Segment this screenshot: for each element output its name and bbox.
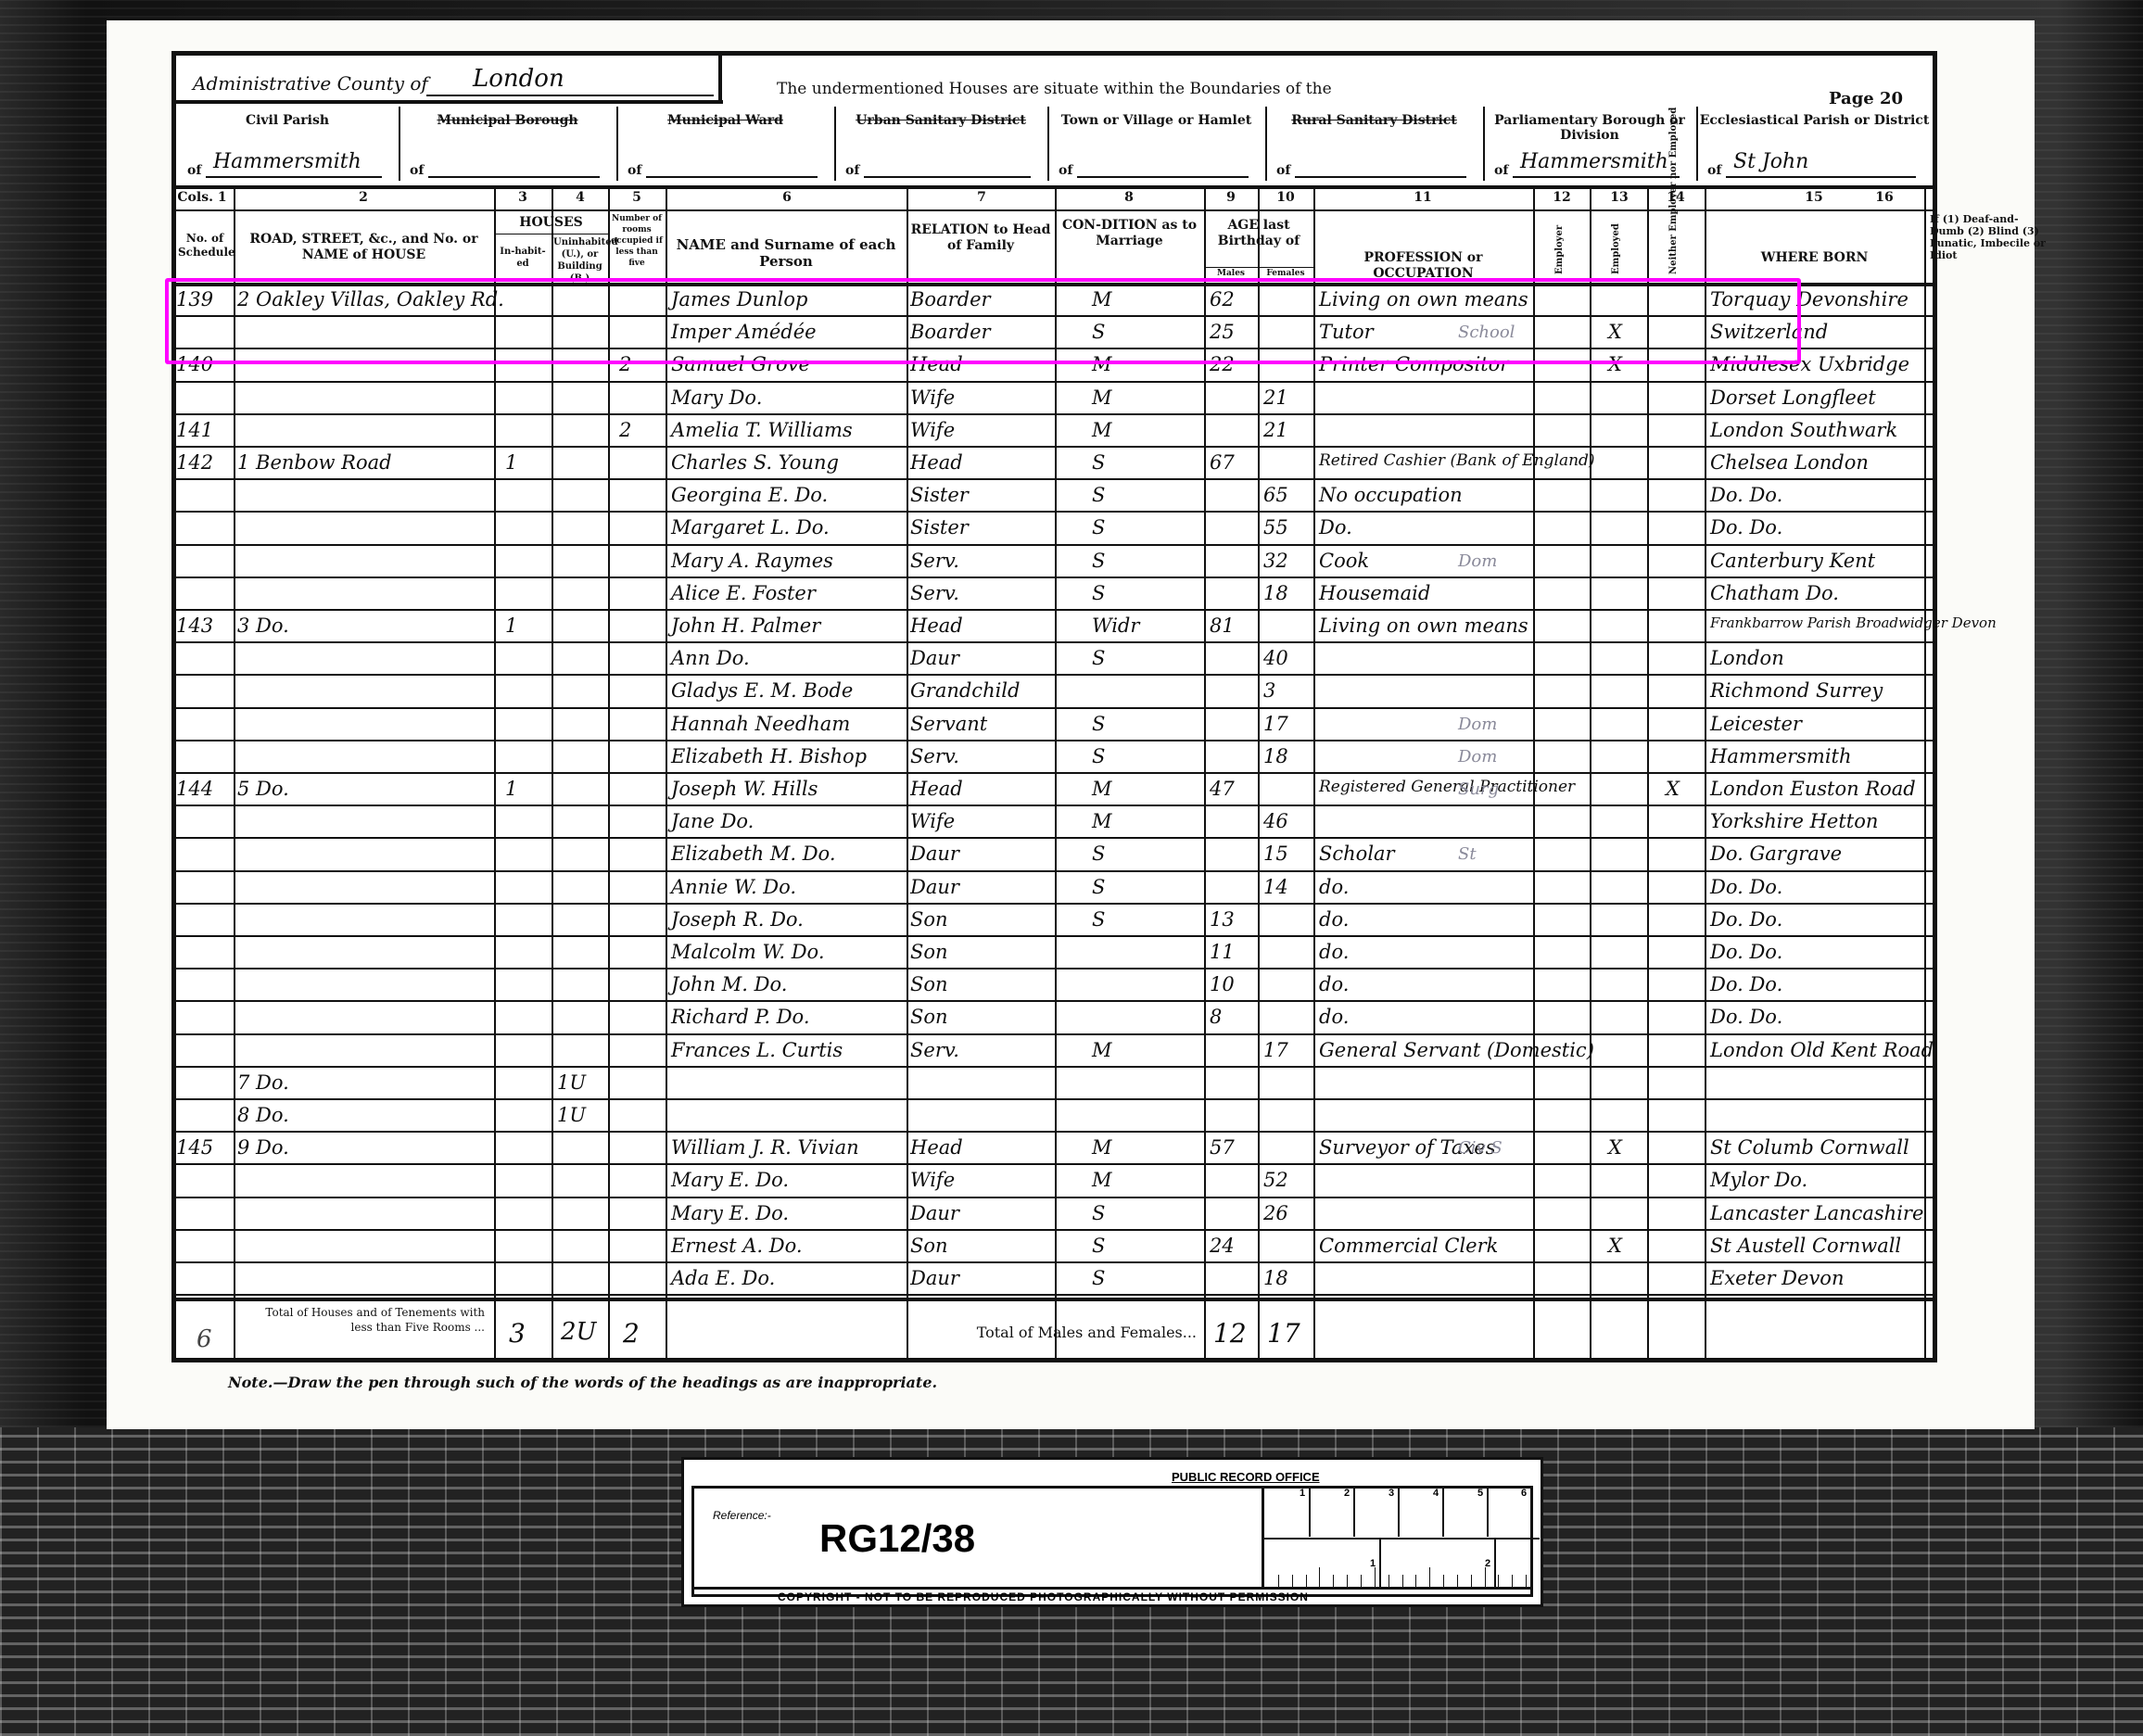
person-name: Richard P. Do. bbox=[671, 1006, 810, 1028]
scale-minor-tick bbox=[1278, 1575, 1279, 1588]
condition: S bbox=[1092, 876, 1105, 898]
condition: S bbox=[1092, 1267, 1105, 1289]
row-divider bbox=[176, 577, 1933, 578]
row-divider bbox=[176, 1066, 1933, 1068]
person-name: Elizabeth H. Bishop bbox=[671, 745, 867, 767]
row-divider bbox=[176, 1261, 1933, 1263]
scale-minor-tick bbox=[1333, 1575, 1334, 1588]
scale-minor-tick bbox=[1443, 1575, 1444, 1588]
column-header: Employed bbox=[1611, 209, 1621, 274]
relation: Serv. bbox=[910, 550, 959, 572]
occupation: Do. bbox=[1319, 516, 1352, 539]
relation: Servant bbox=[910, 713, 987, 735]
copyright-notice: COPYRIGHT - NOT TO BE REPRODUCED PHOTOGR… bbox=[778, 1590, 1309, 1603]
female-age: 15 bbox=[1263, 843, 1288, 865]
male-age: 24 bbox=[1210, 1235, 1235, 1257]
divider bbox=[694, 1587, 1530, 1590]
row-divider bbox=[176, 903, 1933, 905]
relation: Daur bbox=[910, 1202, 959, 1224]
person-name: Malcolm W. Do. bbox=[671, 941, 825, 963]
person-name: Elizabeth M. Do. bbox=[671, 843, 836, 865]
column-header: PROFESSION or OCCUPATION bbox=[1315, 250, 1531, 282]
scale-tick bbox=[1494, 1540, 1496, 1588]
of-label: of bbox=[628, 163, 641, 178]
occupation: Retired Cashier (Bank of England) bbox=[1319, 451, 1595, 470]
occupation-note: Civ S bbox=[1458, 1138, 1503, 1158]
relation: Son bbox=[910, 908, 948, 931]
reference-number: RG12/38 bbox=[819, 1516, 975, 1561]
employed-mark: X bbox=[1608, 1136, 1622, 1159]
person-name: Joseph W. Hills bbox=[671, 778, 818, 800]
relation: Daur bbox=[910, 843, 959, 865]
occupation: do. bbox=[1319, 941, 1349, 963]
houses-header: HOUSES bbox=[494, 215, 608, 230]
female-age: 17 bbox=[1263, 713, 1288, 735]
birthplace: Do. Do. bbox=[1710, 941, 1782, 963]
scale-minor-tick bbox=[1292, 1575, 1293, 1588]
scale-minor-tick bbox=[1402, 1575, 1403, 1588]
scale-minor-tick bbox=[1375, 1567, 1376, 1588]
address: 8 Do. bbox=[237, 1104, 289, 1126]
relation: Daur bbox=[910, 876, 959, 898]
column-header: NAME and Surname of each Person bbox=[667, 236, 905, 270]
condition: M bbox=[1092, 288, 1112, 310]
scale-tick bbox=[1442, 1486, 1444, 1537]
condition: S bbox=[1092, 745, 1105, 767]
occupation: Commercial Clerk bbox=[1319, 1235, 1498, 1257]
of-label: of bbox=[187, 163, 201, 178]
divider bbox=[494, 234, 608, 234]
row-divider bbox=[176, 870, 1933, 872]
condition: M bbox=[1092, 353, 1112, 375]
row-divider bbox=[176, 413, 1933, 415]
employed-mark: X bbox=[1608, 353, 1622, 375]
female-age: 26 bbox=[1263, 1202, 1288, 1224]
birthplace: Frankbarrow Parish Broadwidger Devon bbox=[1710, 615, 1997, 631]
female-age: 21 bbox=[1263, 419, 1288, 441]
area-underline bbox=[864, 176, 1031, 178]
relation: Son bbox=[910, 973, 948, 995]
reference-label: Reference:- bbox=[713, 1509, 771, 1522]
scale-label: 2 bbox=[1344, 1488, 1350, 1499]
relation: Daur bbox=[910, 1267, 959, 1289]
address: 3 Do. bbox=[237, 615, 289, 637]
relation: Wife bbox=[910, 810, 955, 832]
row-divider bbox=[176, 935, 1933, 937]
person-name: Georgina E. Do. bbox=[671, 484, 828, 506]
scale-label: 6 bbox=[1521, 1488, 1527, 1499]
scale-minor-tick bbox=[1512, 1575, 1513, 1588]
birthplace: Do. Do. bbox=[1710, 484, 1782, 506]
male-age: 22 bbox=[1210, 353, 1235, 375]
birthplace: Yorkshire Hetton bbox=[1710, 810, 1878, 832]
note-text: Draw the pen through such of the words o… bbox=[287, 1374, 937, 1391]
address: 9 Do. bbox=[237, 1136, 289, 1159]
person-name: William J. R. Vivian bbox=[671, 1136, 859, 1159]
scale-minor-tick bbox=[1361, 1575, 1362, 1588]
person-name: Jane Do. bbox=[671, 810, 754, 832]
condition: S bbox=[1092, 321, 1105, 343]
birthplace: London Old Kent Road bbox=[1710, 1039, 1934, 1061]
schedule-number: 142 bbox=[176, 451, 213, 474]
birthplace: Exeter Devon bbox=[1710, 1267, 1844, 1289]
person-name: Ada E. Do. bbox=[671, 1267, 775, 1289]
neither-mark: X bbox=[1666, 778, 1680, 800]
column-number: 15 bbox=[1777, 190, 1851, 205]
relation: Sister bbox=[910, 516, 969, 539]
birthplace: Canterbury Kent bbox=[1710, 550, 1875, 572]
inhabited: 1 bbox=[505, 615, 517, 637]
occupation: do. bbox=[1319, 1006, 1349, 1028]
schedule-number: 143 bbox=[176, 615, 213, 637]
male-age: 81 bbox=[1210, 615, 1235, 637]
relation: Son bbox=[910, 941, 948, 963]
condition: S bbox=[1092, 582, 1105, 604]
scale-minor-tick bbox=[1319, 1567, 1320, 1588]
condition: S bbox=[1092, 908, 1105, 931]
employed-mark: X bbox=[1608, 321, 1622, 343]
person-name: John M. Do. bbox=[671, 973, 787, 995]
row-divider bbox=[176, 805, 1933, 806]
scale-label: 3 bbox=[1389, 1488, 1394, 1499]
record-office-label: PUBLIC RECORD OFFICE bbox=[1172, 1470, 1320, 1484]
row-divider bbox=[176, 1294, 1933, 1296]
column-number: 6 bbox=[750, 190, 824, 205]
condition: S bbox=[1092, 484, 1105, 506]
scale-tick bbox=[1487, 1486, 1489, 1537]
birthplace: Hammersmith bbox=[1710, 745, 1852, 767]
occupation: Tutor bbox=[1319, 321, 1374, 343]
condition: S bbox=[1092, 451, 1105, 474]
condition: M bbox=[1092, 778, 1112, 800]
person-name: Mary E. Do. bbox=[671, 1202, 789, 1224]
row-divider bbox=[176, 1131, 1933, 1133]
scale-minor-tick bbox=[1457, 1575, 1458, 1588]
area-underline bbox=[428, 176, 600, 178]
person-name: Annie W. Do. bbox=[671, 876, 796, 898]
male-age: 47 bbox=[1210, 778, 1235, 800]
relation: Son bbox=[910, 1006, 948, 1028]
row-divider bbox=[176, 740, 1933, 741]
condition: M bbox=[1092, 1136, 1112, 1159]
occupation-note: School bbox=[1458, 323, 1515, 342]
column-header: Neither Employer nor Employed bbox=[1668, 209, 1679, 274]
person-name: Mary E. Do. bbox=[671, 1169, 789, 1191]
occupation: do. bbox=[1319, 973, 1349, 995]
area-value: St John bbox=[1733, 150, 1808, 173]
row-divider bbox=[176, 1163, 1933, 1165]
totals-persons-label: Total of Males and Females... bbox=[666, 1324, 1197, 1341]
inhabited: 1 bbox=[505, 778, 517, 800]
area-label: Town or Village or Hamlet bbox=[1047, 113, 1265, 128]
area-underline bbox=[1077, 176, 1249, 178]
employed-mark: X bbox=[1608, 1235, 1622, 1257]
relation: Daur bbox=[910, 647, 959, 669]
birthplace: Mylor Do. bbox=[1710, 1169, 1807, 1191]
area-underline bbox=[206, 176, 382, 178]
of-label: of bbox=[1276, 163, 1290, 178]
person-name: Margaret L. Do. bbox=[671, 516, 830, 539]
male-age: 67 bbox=[1210, 451, 1235, 474]
area-label: Urban Sanitary District bbox=[834, 113, 1047, 128]
birthplace: London Euston Road bbox=[1710, 778, 1916, 800]
person-name: John H. Palmer bbox=[671, 615, 820, 637]
scale-minor-tick bbox=[1471, 1575, 1472, 1588]
row-divider bbox=[176, 315, 1933, 317]
male-age: 11 bbox=[1210, 941, 1235, 963]
relation: Head bbox=[910, 615, 963, 637]
reference-card: PUBLIC RECORD OFFICE Reference:- RG12/38… bbox=[681, 1457, 1543, 1607]
person-name: Mary A. Raymes bbox=[671, 550, 833, 572]
schedule-number: 145 bbox=[176, 1136, 213, 1159]
relation: Serv. bbox=[910, 1039, 959, 1061]
boundaries-text: The undermentioned Houses are situate wi… bbox=[777, 80, 1332, 98]
column-header: RELATION to Head of Family bbox=[908, 222, 1053, 254]
row-divider bbox=[176, 381, 1933, 383]
divider bbox=[176, 1298, 1933, 1301]
divider bbox=[1264, 1538, 1540, 1540]
address: 5 Do. bbox=[237, 778, 289, 800]
female-age: 3 bbox=[1263, 679, 1275, 702]
column-header: ROAD, STREET, &c., and No. or NAME of HO… bbox=[235, 232, 492, 263]
relation: Boarder bbox=[910, 321, 991, 343]
person-name: Charles S. Young bbox=[671, 451, 839, 474]
scale-minor-tick bbox=[1306, 1575, 1307, 1588]
male-age: 25 bbox=[1210, 321, 1235, 343]
person-name: Frances L. Curtis bbox=[671, 1039, 843, 1061]
relation: Head bbox=[910, 451, 963, 474]
column-header: No. of Schedule bbox=[178, 232, 232, 260]
scale-label: 4 bbox=[1433, 1488, 1439, 1499]
uninhabited: 1U bbox=[557, 1071, 586, 1094]
relation: Boarder bbox=[910, 288, 991, 310]
total-inhabited: 3 bbox=[509, 1318, 526, 1349]
occupation-note: Surg bbox=[1458, 779, 1499, 799]
condition: S bbox=[1092, 713, 1105, 735]
birthplace: Do. Do. bbox=[1710, 973, 1782, 995]
column-number: 7 bbox=[945, 190, 1019, 205]
condition: S bbox=[1092, 843, 1105, 865]
condition: S bbox=[1092, 647, 1105, 669]
admin-county-label: Administrative County of bbox=[193, 72, 428, 95]
area-label: Civil Parish bbox=[176, 113, 399, 128]
birthplace: Dorset Longfleet bbox=[1710, 386, 1876, 409]
female-age: 14 bbox=[1263, 876, 1288, 898]
person-name: Gladys E. M. Bode bbox=[671, 679, 853, 702]
relation: Head bbox=[910, 1136, 963, 1159]
row-divider bbox=[176, 1098, 1933, 1100]
row-divider bbox=[176, 348, 1933, 349]
column-number: 10 bbox=[1249, 190, 1323, 205]
of-label: of bbox=[410, 163, 424, 178]
row-divider bbox=[176, 1197, 1933, 1198]
person-name: Mary Do. bbox=[671, 386, 762, 409]
scale-tick bbox=[1398, 1486, 1400, 1537]
occupation-note: Dom bbox=[1458, 715, 1497, 734]
scale-label: 5 bbox=[1477, 1488, 1483, 1499]
relation: Serv. bbox=[910, 745, 959, 767]
birthplace: Middlesex Uxbridge bbox=[1710, 353, 1909, 375]
row-divider bbox=[176, 478, 1933, 480]
occupation: do. bbox=[1319, 908, 1349, 931]
area-underline bbox=[1295, 176, 1466, 178]
female-age: 21 bbox=[1263, 386, 1288, 409]
condition: Widr bbox=[1092, 615, 1139, 637]
column-header: Uninhabited (U.), or Building (B.) bbox=[553, 236, 606, 285]
area-label: Rural Sanitary District bbox=[1265, 113, 1483, 128]
birthplace: London bbox=[1710, 647, 1784, 669]
relation: Wife bbox=[910, 1169, 955, 1191]
condition: S bbox=[1092, 516, 1105, 539]
row-divider bbox=[176, 641, 1933, 643]
male-age: 10 bbox=[1210, 973, 1235, 995]
occupation: Housemaid bbox=[1319, 582, 1430, 604]
column-number: Cols. 1 bbox=[165, 190, 239, 205]
area-label: Municipal Ward bbox=[616, 113, 834, 128]
area-underline bbox=[646, 176, 818, 178]
area-label: Ecclesiastical Parish or District bbox=[1696, 113, 1933, 128]
column-header: Employer bbox=[1554, 209, 1565, 274]
scale-minor-tick bbox=[1429, 1567, 1430, 1588]
scale-tick bbox=[1353, 1486, 1355, 1537]
scale-tick bbox=[1379, 1540, 1381, 1588]
divider bbox=[176, 100, 723, 104]
uninhabited: 1U bbox=[557, 1104, 586, 1126]
column-number: 11 bbox=[1386, 190, 1460, 205]
column-number: 8 bbox=[1092, 190, 1166, 205]
condition: M bbox=[1092, 419, 1112, 441]
inhabited: 1 bbox=[505, 451, 517, 474]
admin-county-value: London bbox=[473, 65, 564, 93]
scale-minor-tick bbox=[1485, 1567, 1486, 1588]
admin-county-underline bbox=[426, 95, 714, 96]
note-prefix: Note.— bbox=[228, 1374, 287, 1391]
female-age: 52 bbox=[1263, 1169, 1288, 1191]
condition: M bbox=[1092, 1169, 1112, 1191]
male-age: 13 bbox=[1210, 908, 1235, 931]
measurement-scale: 12345612 bbox=[1264, 1486, 1540, 1590]
relation: Son bbox=[910, 1235, 948, 1257]
of-label: of bbox=[845, 163, 859, 178]
relation: Serv. bbox=[910, 582, 959, 604]
occupation: Living on own means bbox=[1319, 615, 1528, 637]
person-name: Alice E. Foster bbox=[671, 582, 816, 604]
column-header: If (1) Deaf-and-Dumb (2) Blind (3) Lunat… bbox=[1930, 213, 2050, 261]
person-name: Ernest A. Do. bbox=[671, 1235, 803, 1257]
row-divider bbox=[176, 968, 1933, 969]
occupation: Living on own means bbox=[1319, 288, 1528, 310]
column-header: Males bbox=[1204, 269, 1258, 278]
relation: Sister bbox=[910, 484, 969, 506]
schedules-total: 6 bbox=[197, 1325, 212, 1353]
female-age: 65 bbox=[1263, 484, 1288, 506]
condition: M bbox=[1092, 1039, 1112, 1061]
occupation: No occupation bbox=[1319, 484, 1463, 506]
of-label: of bbox=[1494, 163, 1508, 178]
row-divider bbox=[176, 511, 1933, 513]
column-header: Females bbox=[1258, 269, 1313, 278]
occupation-note: St bbox=[1458, 844, 1477, 864]
occupation: Cook bbox=[1319, 550, 1369, 572]
birthplace: St Columb Cornwall bbox=[1710, 1136, 1909, 1159]
area-label: Municipal Borough bbox=[399, 113, 616, 128]
schedule-number: 144 bbox=[176, 778, 213, 800]
area-underline bbox=[1726, 176, 1916, 178]
row-divider bbox=[176, 772, 1933, 774]
form-note: Note.—Draw the pen through such of the w… bbox=[228, 1374, 937, 1391]
scale-minor-tick bbox=[1415, 1575, 1416, 1588]
area-value: Hammersmith bbox=[213, 150, 361, 173]
female-age: 18 bbox=[1263, 582, 1288, 604]
column-header: CON-DITION as to Marriage bbox=[1057, 218, 1202, 249]
female-age: 55 bbox=[1263, 516, 1288, 539]
relation: Head bbox=[910, 353, 963, 375]
row-divider bbox=[176, 1000, 1933, 1002]
female-age: 40 bbox=[1263, 647, 1288, 669]
total-males: 12 bbox=[1213, 1318, 1247, 1349]
condition: S bbox=[1092, 550, 1105, 572]
column-number: 2 bbox=[326, 190, 400, 205]
occupation-note: Dom bbox=[1458, 551, 1497, 571]
address: 2 Oakley Villas, Oakley Rd. bbox=[237, 288, 504, 310]
total-uninhabited: 2U bbox=[561, 1318, 596, 1346]
female-age: 46 bbox=[1263, 810, 1288, 832]
occupation: Scholar bbox=[1319, 843, 1395, 865]
male-age: 62 bbox=[1210, 288, 1235, 310]
birthplace: Do. Gargrave bbox=[1710, 843, 1842, 865]
total-rooms: 2 bbox=[623, 1318, 640, 1349]
divider bbox=[718, 56, 722, 100]
row-divider bbox=[176, 674, 1933, 676]
page-number: Page 20 bbox=[1829, 89, 1903, 108]
scale-minor-tick bbox=[1347, 1575, 1348, 1588]
relation: Grandchild bbox=[910, 679, 1020, 702]
column-number: 5 bbox=[600, 190, 674, 205]
rooms: 2 bbox=[619, 353, 631, 375]
birthplace: Do. Do. bbox=[1710, 876, 1782, 898]
person-name: Joseph R. Do. bbox=[671, 908, 804, 931]
row-divider bbox=[176, 837, 1933, 839]
divider bbox=[1204, 267, 1313, 268]
person-name: Imper Amédée bbox=[671, 321, 817, 343]
person-name: James Dunlop bbox=[671, 288, 807, 310]
birthplace: Torquay Devonshire bbox=[1710, 288, 1908, 310]
area-underline bbox=[1513, 176, 1680, 178]
address: 1 Benbow Road bbox=[237, 451, 392, 474]
male-age: 57 bbox=[1210, 1136, 1235, 1159]
column-header: In-habit-ed bbox=[496, 246, 550, 270]
schedule-number: 139 bbox=[176, 288, 213, 310]
total-females: 17 bbox=[1267, 1318, 1300, 1349]
column-header: WHERE BORN bbox=[1706, 250, 1922, 266]
person-name: Hannah Needham bbox=[671, 713, 850, 735]
birthplace: Do. Do. bbox=[1710, 516, 1782, 539]
birthplace: Chelsea London bbox=[1710, 451, 1869, 474]
scale-label: 1 bbox=[1300, 1488, 1305, 1499]
row-divider bbox=[176, 1229, 1933, 1231]
person-name: Ann Do. bbox=[671, 647, 750, 669]
totals-houses-label: Total of Houses and of Tenements with le… bbox=[241, 1305, 485, 1335]
female-age: 18 bbox=[1263, 1267, 1288, 1289]
female-age: 18 bbox=[1263, 745, 1288, 767]
person-name: Amelia T. Williams bbox=[671, 419, 853, 441]
relation: Wife bbox=[910, 419, 955, 441]
column-header: Number of rooms occupied if less than fi… bbox=[610, 213, 664, 269]
divider bbox=[176, 283, 1933, 286]
occupation: Registered General Practitioner bbox=[1319, 778, 1575, 796]
column-number: 16 bbox=[1847, 190, 1921, 205]
birthplace: Chatham Do. bbox=[1710, 582, 1839, 604]
